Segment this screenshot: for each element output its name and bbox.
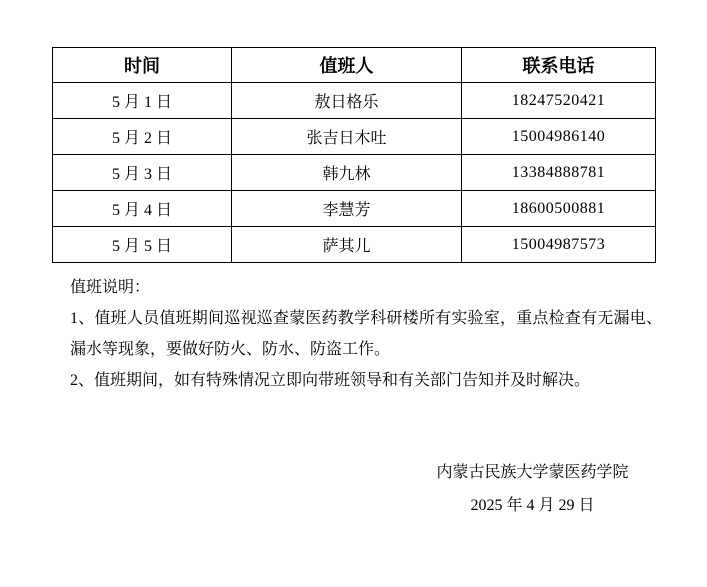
cell-date: 5 月 5 日 (53, 227, 232, 263)
notes-section: 值班说明： 1、值班人员值班期间巡视巡查蒙医药教学科研楼所有实验室，重点检查有无… (70, 272, 662, 396)
signature-organization: 内蒙古民族大学蒙医药学院 (420, 456, 645, 489)
cell-person: 萨其儿 (232, 227, 462, 263)
notes-title: 值班说明： (70, 272, 662, 303)
cell-phone: 13384888781 (462, 155, 656, 191)
table-header-row: 时间 值班人 联系电话 (53, 48, 656, 83)
cell-person: 张吉日木吐 (232, 119, 462, 155)
table-row: 5 月 1 日 敖日格乐 18247520421 (53, 83, 656, 119)
col-header-phone: 联系电话 (462, 48, 656, 83)
table-row: 5 月 4 日 李慧芳 18600500881 (53, 191, 656, 227)
signature-date: 2025 年 4 月 29 日 (420, 489, 645, 522)
cell-phone: 15004986140 (462, 119, 656, 155)
table-row: 5 月 5 日 萨其儿 15004987573 (53, 227, 656, 263)
table-row: 5 月 2 日 张吉日木吐 15004986140 (53, 119, 656, 155)
note-item-1: 1、值班人员值班期间巡视巡查蒙医药教学科研楼所有实验室，重点检查有无漏电、漏水等… (70, 303, 662, 365)
col-header-person: 值班人 (232, 48, 462, 83)
cell-date: 5 月 4 日 (53, 191, 232, 227)
cell-person: 李慧芳 (232, 191, 462, 227)
duty-roster-table: 时间 值班人 联系电话 5 月 1 日 敖日格乐 18247520421 5 月… (52, 47, 656, 263)
col-header-time: 时间 (53, 48, 232, 83)
cell-date: 5 月 3 日 (53, 155, 232, 191)
table-row: 5 月 3 日 韩九林 13384888781 (53, 155, 656, 191)
signature-block: 内蒙古民族大学蒙医药学院 2025 年 4 月 29 日 (420, 456, 645, 522)
cell-person: 韩九林 (232, 155, 462, 191)
document-page: 时间 值班人 联系电话 5 月 1 日 敖日格乐 18247520421 5 月… (0, 0, 707, 587)
note-item-2: 2、值班期间，如有特殊情况立即向带班领导和有关部门告知并及时解决。 (70, 365, 662, 396)
cell-phone: 18600500881 (462, 191, 656, 227)
cell-phone: 15004987573 (462, 227, 656, 263)
cell-phone: 18247520421 (462, 83, 656, 119)
cell-date: 5 月 2 日 (53, 119, 232, 155)
cell-date: 5 月 1 日 (53, 83, 232, 119)
cell-person: 敖日格乐 (232, 83, 462, 119)
